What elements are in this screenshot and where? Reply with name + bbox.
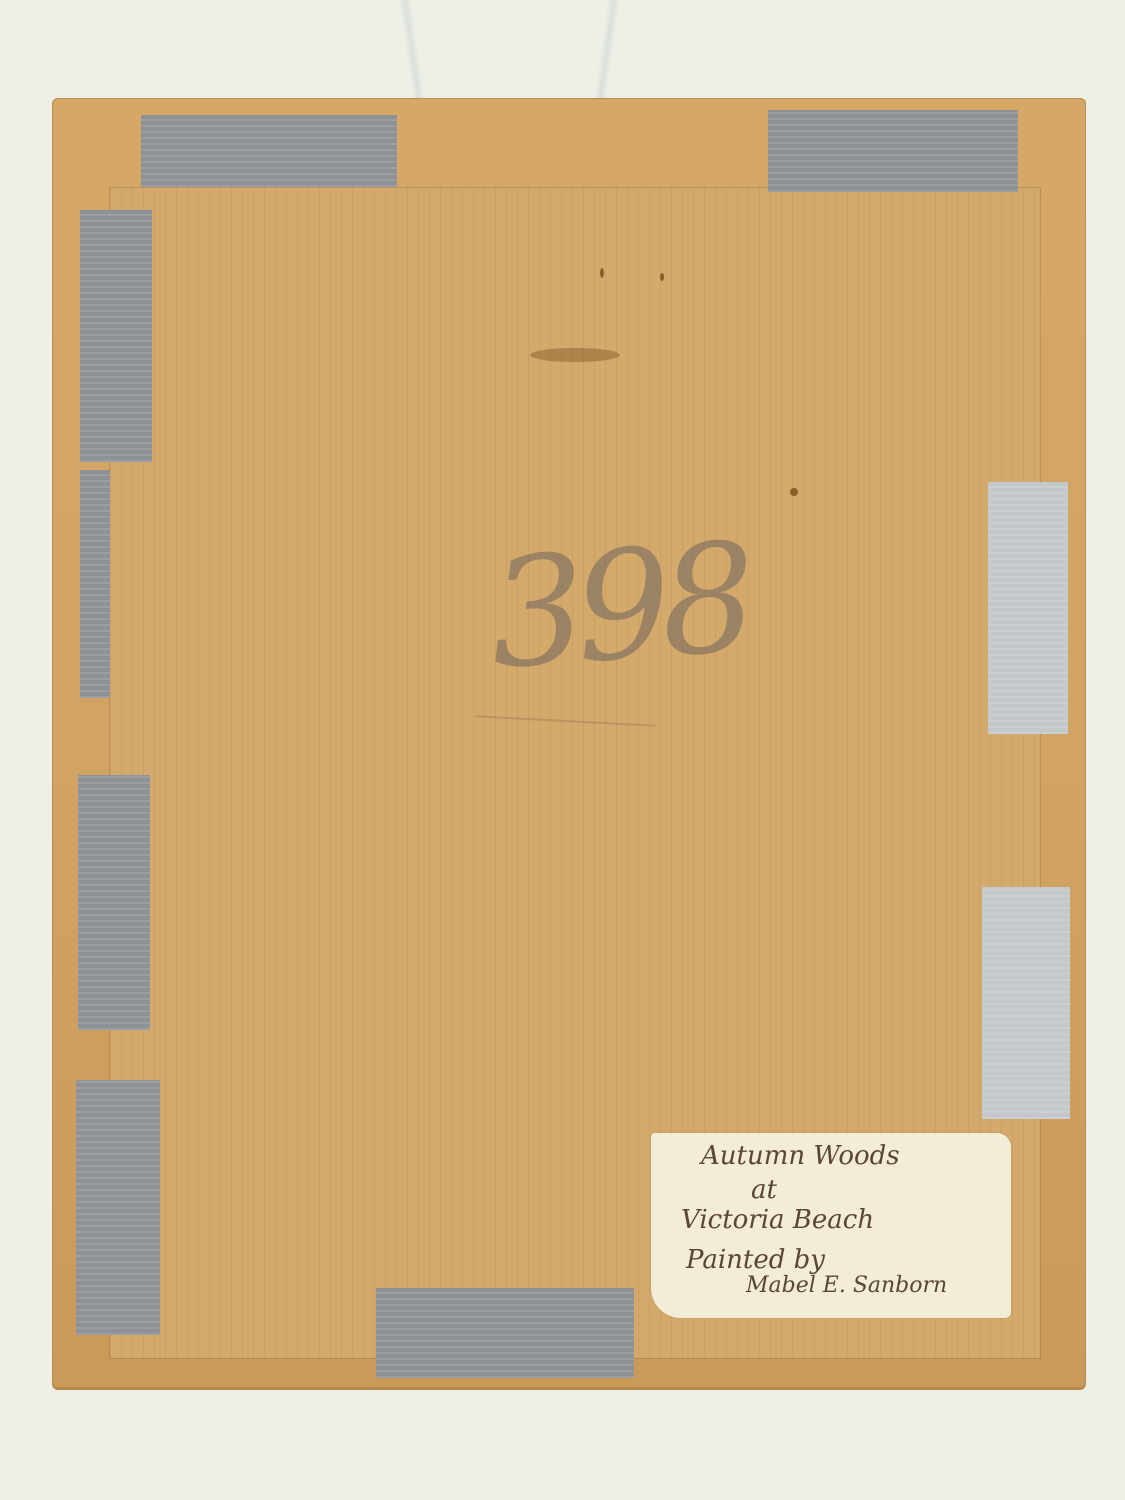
pencil-inventory-number: 398 [484,511,752,702]
label-line-artist: Mabel E. Sanborn [746,1273,947,1298]
tape-right-lower [982,887,1070,1119]
tape-top-right [768,110,1018,192]
nail-hole [660,273,664,281]
tape-right-upper [988,482,1068,734]
tape-left-upper [80,210,152,462]
acrylic-stand-left [398,0,426,100]
tear-mark [530,348,620,362]
label-line-at: at [751,1175,777,1205]
label-line-painted-by: Painted by [686,1245,825,1275]
handwritten-label: Autumn Woods at Victoria Beach Painted b… [651,1133,1011,1318]
tape-left-bottom [76,1080,160,1335]
tape-left-lower [78,775,150,1030]
tape-top-left [141,115,397,187]
acrylic-stand-right [593,0,621,100]
label-line-title: Autumn Woods [701,1141,900,1171]
tape-bottom-center [376,1288,634,1378]
tape-left-middle [80,470,110,698]
label-line-location: Victoria Beach [681,1205,874,1235]
nail-hole [600,268,604,278]
nail-hole [790,488,798,496]
